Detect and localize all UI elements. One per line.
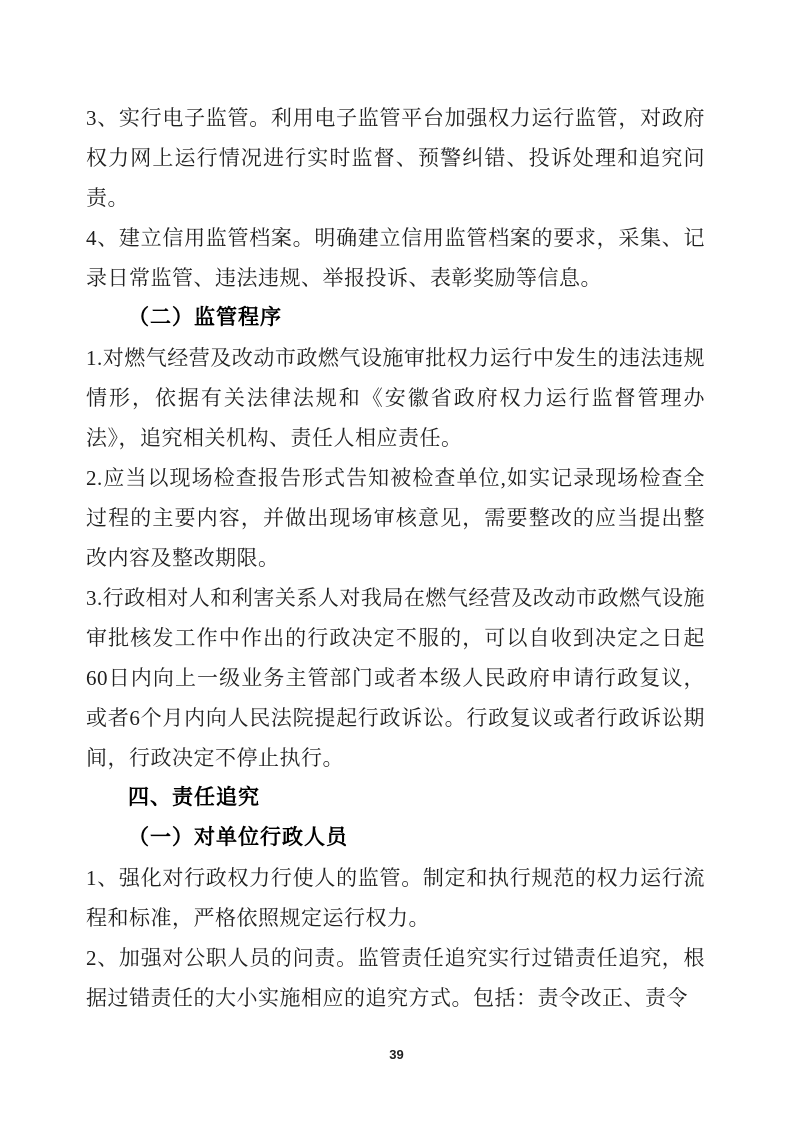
page-number: 39 bbox=[389, 1047, 403, 1062]
paragraph: 2、加强对公职人员的问责。监管责任追究实行过错责任追究，根据过错责任的大小实施相… bbox=[86, 938, 705, 1018]
paragraph: 4、建立信用监管档案。明确建立信用监管档案的要求，采集、记录日常监管、违法违规、… bbox=[86, 218, 705, 298]
paragraph: 3.行政相对人和利害关系人对我局在燃气经营及改动市政燃气设施审批核发工作中作出的… bbox=[86, 578, 705, 778]
section-heading: （一）对单位行政人员 bbox=[86, 818, 705, 858]
paragraph: 1、强化对行政权力行使人的监管。制定和执行规范的权力运行流程和标准，严格依照规定… bbox=[86, 858, 705, 938]
section-heading: 四、责任追究 bbox=[86, 778, 705, 818]
document-body: 3、实行电子监管。利用电子监管平台加强权力运行监管，对政府权力网上运行情况进行实… bbox=[86, 98, 705, 1018]
paragraph: 1.对燃气经营及改动市政燃气设施审批权力运行中发生的违法违规情形，依据有关法律法… bbox=[86, 338, 705, 458]
document-page: 3、实行电子监管。利用电子监管平台加强权力运行监管，对政府权力网上运行情况进行实… bbox=[0, 0, 793, 1122]
paragraph: 2.应当以现场检查报告形式告知被检查单位,如实记录现场检查全过程的主要内容，并做… bbox=[86, 458, 705, 578]
section-heading: （二）监管程序 bbox=[86, 298, 705, 338]
page-footer: 39 bbox=[0, 1046, 793, 1064]
paragraph: 3、实行电子监管。利用电子监管平台加强权力运行监管，对政府权力网上运行情况进行实… bbox=[86, 98, 705, 218]
